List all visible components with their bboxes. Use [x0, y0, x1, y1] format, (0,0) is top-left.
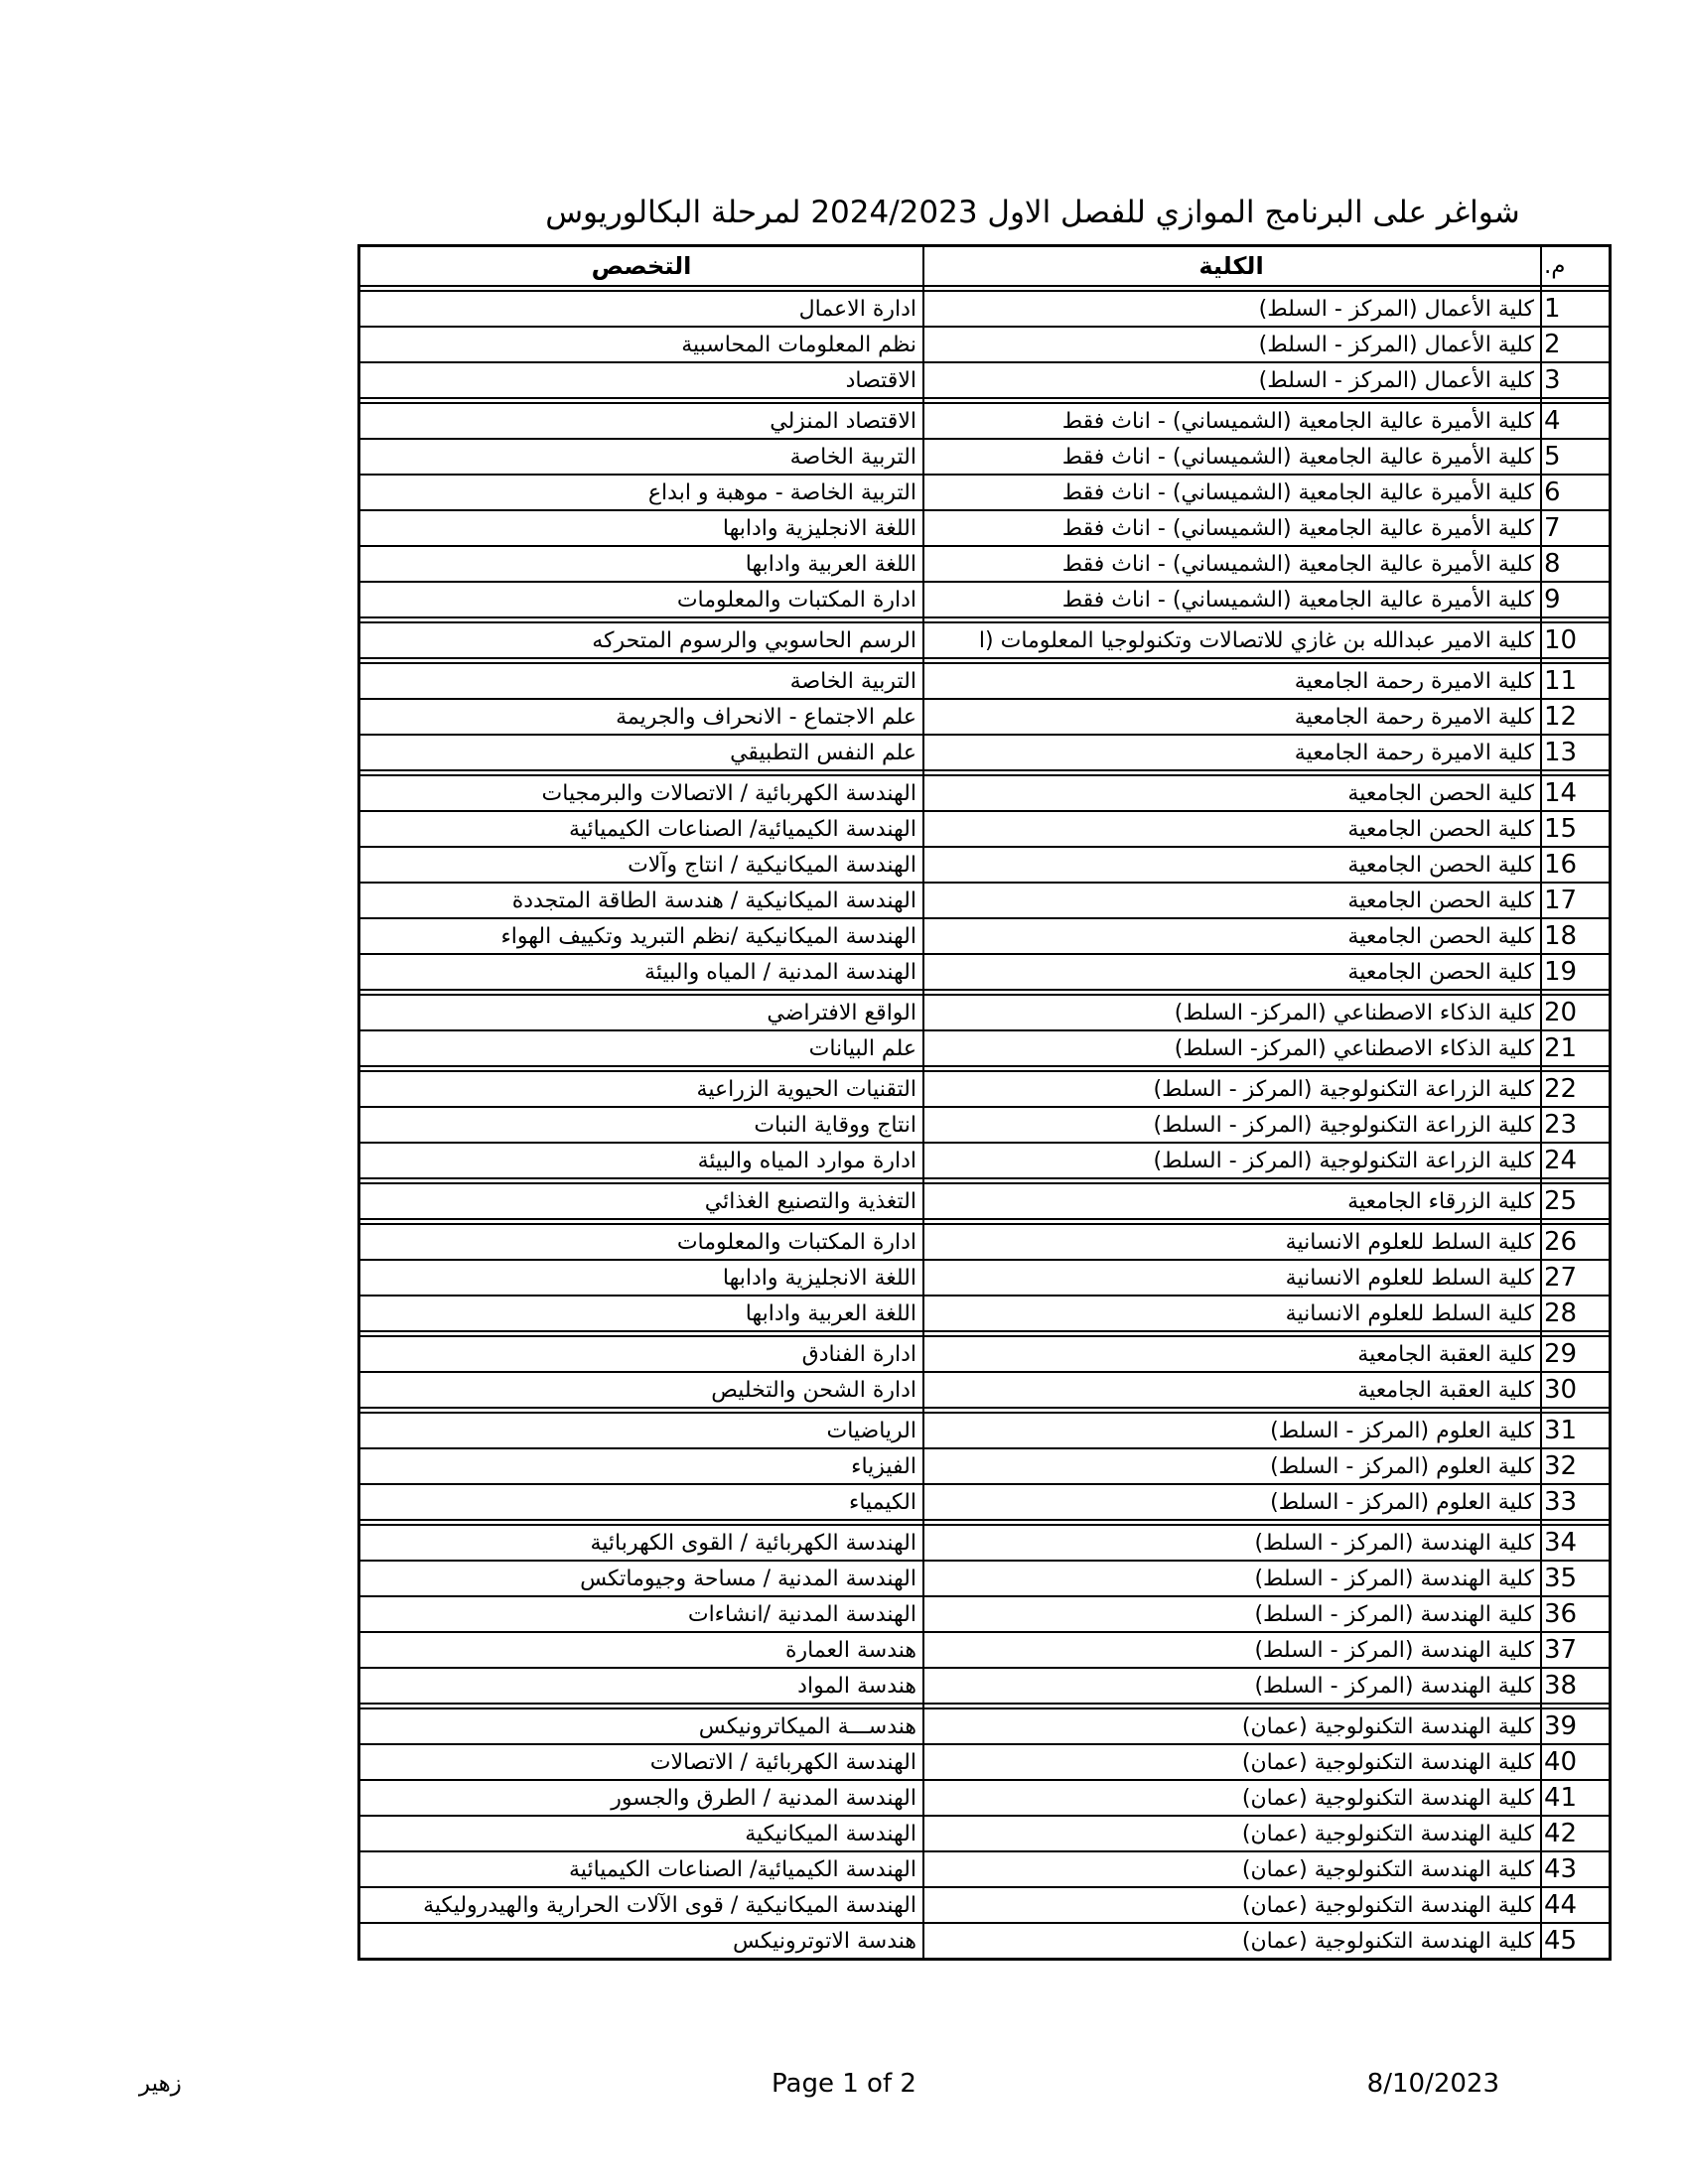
major-cell: الهندسة الكيميائية/ الصناعات الكيميائية — [360, 1852, 922, 1886]
college-cell: كلية الهندسة التكنولوجية (عمان) — [922, 1709, 1540, 1743]
table-row: 12كلية الاميرة رحمة الجامعيةعلم الاجتماع… — [360, 700, 1609, 734]
major-cell: الهندسة الميكانيكية / هندسة الطاقة المتج… — [360, 884, 922, 917]
header-college-column: الكلية — [922, 247, 1540, 285]
major-cell: علم الاجتماع - الانحراف والجريمة — [360, 700, 922, 734]
table-row: 1كلية الأعمال (المركز - السلط)ادارة الاع… — [360, 290, 1609, 326]
college-cell: كلية الهندسة (المركز - السلط) — [922, 1562, 1540, 1595]
table-row: 16كلية الحصن الجامعيةالهندسة الميكانيكية… — [360, 848, 1609, 882]
group-separator-line — [360, 657, 1609, 664]
college-cell: كلية الأميرة عالية الجامعية (الشميساني) … — [922, 547, 1540, 581]
row-index-cell: 9 — [1540, 583, 1609, 616]
row-index-cell: 42 — [1540, 1817, 1609, 1850]
major-cell: انتاج ووقاية النبات — [360, 1108, 922, 1142]
major-cell: الهندسة المدنية / الطرق والجسور — [360, 1781, 922, 1815]
document-title: شواغر على البرنامج الموازي للفصل الاول 2… — [467, 195, 1599, 230]
row-index-cell: 3 — [1540, 363, 1609, 397]
major-cell: ادارة المكتبات والمعلومات — [360, 1225, 922, 1259]
major-cell: ادارة المكتبات والمعلومات — [360, 583, 922, 616]
college-cell: كلية العلوم (المركز - السلط) — [922, 1414, 1540, 1447]
college-cell: كلية الأميرة عالية الجامعية (الشميساني) … — [922, 476, 1540, 509]
major-cell: علم البيانات — [360, 1031, 922, 1065]
group-separator-line — [360, 1330, 1609, 1337]
college-cell: كلية الهندسة (المركز - السلط) — [922, 1633, 1540, 1667]
group-separator-line — [360, 1703, 1609, 1709]
row-index-cell: 38 — [1540, 1669, 1609, 1703]
college-cell: كلية الهندسة التكنولوجية (عمان) — [922, 1924, 1540, 1958]
table-row: 9كلية الأميرة عالية الجامعية (الشميساني)… — [360, 583, 1609, 616]
row-index-cell: 14 — [1540, 776, 1609, 810]
row-index-cell: 5 — [1540, 440, 1609, 474]
college-cell: كلية الحصن الجامعية — [922, 848, 1540, 882]
row-index-cell: 30 — [1540, 1373, 1609, 1407]
row-index-cell: 20 — [1540, 996, 1609, 1029]
college-cell: كلية الهندسة (المركز - السلط) — [922, 1669, 1540, 1703]
college-cell: كلية الأميرة عالية الجامعية (الشميساني) … — [922, 404, 1540, 438]
table-row: 44كلية الهندسة التكنولوجية (عمان)الهندسة… — [360, 1888, 1609, 1922]
college-cell: كلية الأميرة عالية الجامعية (الشميساني) … — [922, 583, 1540, 616]
row-index-cell: 32 — [1540, 1449, 1609, 1483]
college-cell: كلية الأعمال (المركز - السلط) — [922, 292, 1540, 326]
row-index-cell: 45 — [1540, 1924, 1609, 1958]
college-cell: كلية العقبة الجامعية — [922, 1337, 1540, 1371]
table-row: 4كلية الأميرة عالية الجامعية (الشميساني)… — [360, 404, 1609, 438]
major-cell: الهندسة الكيميائية/ الصناعات الكيميائية — [360, 812, 922, 846]
table-row: 11كلية الاميرة رحمة الجامعيةالتربية الخا… — [360, 664, 1609, 698]
table-row: 39كلية الهندسة التكنولوجية (عمان)هندســـ… — [360, 1709, 1609, 1743]
table-row: 6كلية الأميرة عالية الجامعية (الشميساني)… — [360, 476, 1609, 509]
major-cell: الهندسة الميكانيكية / انتاج وآلات — [360, 848, 922, 882]
major-cell: ادارة الفنادق — [360, 1337, 922, 1371]
college-cell: كلية العقبة الجامعية — [922, 1373, 1540, 1407]
row-index-cell: 24 — [1540, 1144, 1609, 1177]
table-row: 19كلية الحصن الجامعيةالهندسة المدنية / ا… — [360, 955, 1609, 989]
group-separator-line — [360, 769, 1609, 776]
row-index-cell: 29 — [1540, 1337, 1609, 1371]
major-cell: هندسة الاتوترونيكس — [360, 1924, 922, 1958]
major-cell: الرسم الحاسوبي والرسوم المتحركه — [360, 623, 922, 657]
table-row: 36كلية الهندسة (المركز - السلط)الهندسة ا… — [360, 1597, 1609, 1631]
row-index-cell: 25 — [1540, 1184, 1609, 1218]
major-cell: الهندسة المدنية /انشاءات — [360, 1597, 922, 1631]
college-cell: كلية الأميرة عالية الجامعية (الشميساني) … — [922, 440, 1540, 474]
college-cell: كلية الامير عبدالله بن غازي للاتصالات وت… — [922, 623, 1540, 657]
table-row: 22كلية الزراعة التكنولوجية (المركز - الس… — [360, 1072, 1609, 1106]
row-index-cell: 13 — [1540, 736, 1609, 769]
college-cell: كلية السلط للعلوم الانسانية — [922, 1225, 1540, 1259]
college-cell: كلية الزرقاء الجامعية — [922, 1184, 1540, 1218]
row-index-cell: 2 — [1540, 328, 1609, 361]
major-cell: التقنيات الحيوية الزراعية — [360, 1072, 922, 1106]
row-index-cell: 36 — [1540, 1597, 1609, 1631]
row-index-cell: 8 — [1540, 547, 1609, 581]
table-row: 45كلية الهندسة التكنولوجية (عمان)هندسة ا… — [360, 1924, 1609, 1958]
major-cell: التغذية والتصنيع الغذائي — [360, 1184, 922, 1218]
row-index-cell: 19 — [1540, 955, 1609, 989]
major-cell: الهندسة الكهربائية / الاتصالات والبرمجيا… — [360, 776, 922, 810]
college-cell: كلية الزراعة التكنولوجية (المركز - السلط… — [922, 1144, 1540, 1177]
college-cell: كلية الأعمال (المركز - السلط) — [922, 328, 1540, 361]
college-cell: كلية الأعمال (المركز - السلط) — [922, 363, 1540, 397]
document-page: { "title": "شواغر على البرنامج الموازي ل… — [0, 0, 1688, 2184]
college-cell: كلية الاميرة رحمة الجامعية — [922, 736, 1540, 769]
group-separator-line — [360, 1065, 1609, 1072]
major-cell: الهندسة الميكانيكية / قوى الآلات الحراري… — [360, 1888, 922, 1922]
college-cell: كلية السلط للعلوم الانسانية — [922, 1297, 1540, 1330]
row-index-cell: 22 — [1540, 1072, 1609, 1106]
table-row: 42كلية الهندسة التكنولوجية (عمان)الهندسة… — [360, 1817, 1609, 1850]
college-cell: كلية الذكاء الاصطناعي (المركز- السلط) — [922, 996, 1540, 1029]
row-index-cell: 4 — [1540, 404, 1609, 438]
table-row: 10كلية الامير عبدالله بن غازي للاتصالات … — [360, 623, 1609, 657]
major-cell: الهندسة الميكانيكية — [360, 1817, 922, 1850]
table-row: 25كلية الزرقاء الجامعيةالتغذية والتصنيع … — [360, 1184, 1609, 1218]
table-row: 32كلية العلوم (المركز - السلط)الفيزياء — [360, 1449, 1609, 1483]
major-cell: الهندسة الكهربائية / القوى الكهربائية — [360, 1526, 922, 1560]
row-index-cell: 7 — [1540, 511, 1609, 545]
row-index-cell: 40 — [1540, 1745, 1609, 1779]
major-cell: اللغة الانجليزية وادابها — [360, 511, 922, 545]
table-row: 29كلية العقبة الجامعيةادارة الفنادق — [360, 1337, 1609, 1371]
row-index-cell: 23 — [1540, 1108, 1609, 1142]
table-row: 17كلية الحصن الجامعيةالهندسة الميكانيكية… — [360, 884, 1609, 917]
row-index-cell: 6 — [1540, 476, 1609, 509]
table-row: 3كلية الأعمال (المركز - السلط)الاقتصاد — [360, 363, 1609, 397]
vacancies-table: م. الكلية التخصص 1كلية الأعمال (المركز -… — [357, 244, 1612, 1961]
college-cell: كلية الاميرة رحمة الجامعية — [922, 700, 1540, 734]
table-row: 43كلية الهندسة التكنولوجية (عمان)الهندسة… — [360, 1852, 1609, 1886]
major-cell: الاقتصاد المنزلي — [360, 404, 922, 438]
major-cell: التربية الخاصة - موهبة و ابداع — [360, 476, 922, 509]
major-cell: هندسة العمارة — [360, 1633, 922, 1667]
column-divider-college — [922, 247, 924, 1958]
header-major-column: التخصص — [360, 247, 922, 285]
college-cell: كلية الحصن الجامعية — [922, 919, 1540, 953]
table-row: 27كلية السلط للعلوم الانسانيةاللغة الانج… — [360, 1261, 1609, 1295]
row-index-cell: 37 — [1540, 1633, 1609, 1667]
table-row: 8كلية الأميرة عالية الجامعية (الشميساني)… — [360, 547, 1609, 581]
row-index-cell: 21 — [1540, 1031, 1609, 1065]
table-row: 5كلية الأميرة عالية الجامعية (الشميساني)… — [360, 440, 1609, 474]
college-cell: كلية الأميرة عالية الجامعية (الشميساني) … — [922, 511, 1540, 545]
major-cell: علم النفس التطبيقي — [360, 736, 922, 769]
college-cell: كلية الذكاء الاصطناعي (المركز- السلط) — [922, 1031, 1540, 1065]
college-cell: كلية السلط للعلوم الانسانية — [922, 1261, 1540, 1295]
table-body: 1كلية الأعمال (المركز - السلط)ادارة الاع… — [360, 290, 1609, 1958]
row-index-cell: 11 — [1540, 664, 1609, 698]
college-cell: كلية الزراعة التكنولوجية (المركز - السلط… — [922, 1072, 1540, 1106]
major-cell: هندسة المواد — [360, 1669, 922, 1703]
table-row: 41كلية الهندسة التكنولوجية (عمان)الهندسة… — [360, 1781, 1609, 1815]
row-index-cell: 28 — [1540, 1297, 1609, 1330]
group-separator-line — [360, 616, 1609, 623]
major-cell: الهندسة الكهربائية / الاتصالات — [360, 1745, 922, 1779]
table-row: 13كلية الاميرة رحمة الجامعيةعلم النفس ال… — [360, 736, 1609, 769]
major-cell: ادارة الشحن والتخليص — [360, 1373, 922, 1407]
table-row: 33كلية العلوم (المركز - السلط)الكيمياء — [360, 1485, 1609, 1519]
table-row: 20كلية الذكاء الاصطناعي (المركز- السلط)ا… — [360, 996, 1609, 1029]
college-cell: كلية الحصن الجامعية — [922, 812, 1540, 846]
row-index-cell: 26 — [1540, 1225, 1609, 1259]
row-index-cell: 31 — [1540, 1414, 1609, 1447]
group-separator-line — [360, 1407, 1609, 1414]
major-cell: الهندسة الميكانيكية /نظم التبريد وتكييف … — [360, 919, 922, 953]
major-cell: نظم المعلومات المحاسبية — [360, 328, 922, 361]
table-header-row: م. الكلية التخصص — [360, 247, 1609, 287]
group-separator-line — [360, 1218, 1609, 1225]
college-cell: كلية العلوم (المركز - السلط) — [922, 1485, 1540, 1519]
footer-date: 8/10/2023 — [1367, 2069, 1499, 2099]
major-cell: الهندسة المدنية / مساحة وجيوماتكس — [360, 1562, 922, 1595]
major-cell: التربية الخاصة — [360, 440, 922, 474]
college-cell: كلية الاميرة رحمة الجامعية — [922, 664, 1540, 698]
row-index-cell: 18 — [1540, 919, 1609, 953]
major-cell: الهندسة المدنية / المياه والبيئة — [360, 955, 922, 989]
major-cell: التربية الخاصة — [360, 664, 922, 698]
row-index-cell: 35 — [1540, 1562, 1609, 1595]
table-row: 21كلية الذكاء الاصطناعي (المركز- السلط)ع… — [360, 1031, 1609, 1065]
table-row: 23كلية الزراعة التكنولوجية (المركز - الس… — [360, 1108, 1609, 1142]
group-separator-line — [360, 397, 1609, 404]
college-cell: كلية الهندسة التكنولوجية (عمان) — [922, 1781, 1540, 1815]
row-index-cell: 12 — [1540, 700, 1609, 734]
header-index-column: م. — [1540, 247, 1609, 285]
college-cell: كلية الهندسة (المركز - السلط) — [922, 1526, 1540, 1560]
row-index-cell: 34 — [1540, 1526, 1609, 1560]
college-cell: كلية الحصن الجامعية — [922, 955, 1540, 989]
table-row: 18كلية الحصن الجامعيةالهندسة الميكانيكية… — [360, 919, 1609, 953]
row-index-cell: 15 — [1540, 812, 1609, 846]
table-row: 24كلية الزراعة التكنولوجية (المركز - الس… — [360, 1144, 1609, 1177]
table-row: 15كلية الحصن الجامعيةالهندسة الكيميائية/… — [360, 812, 1609, 846]
table-row: 14كلية الحصن الجامعيةالهندسة الكهربائية … — [360, 776, 1609, 810]
major-cell: الكيمياء — [360, 1485, 922, 1519]
table-row: 30كلية العقبة الجامعيةادارة الشحن والتخل… — [360, 1373, 1609, 1407]
table-row: 35كلية الهندسة (المركز - السلط)الهندسة ا… — [360, 1562, 1609, 1595]
major-cell: اللغة العربية وادابها — [360, 547, 922, 581]
major-cell: ادارة موارد المياه والبيئة — [360, 1144, 922, 1177]
college-cell: كلية الهندسة التكنولوجية (عمان) — [922, 1745, 1540, 1779]
table-row: 2كلية الأعمال (المركز - السلط)نظم المعلو… — [360, 328, 1609, 361]
row-index-cell: 33 — [1540, 1485, 1609, 1519]
row-index-cell: 16 — [1540, 848, 1609, 882]
major-cell: اللغة الانجليزية وادابها — [360, 1261, 922, 1295]
column-divider-index — [1540, 247, 1542, 1958]
major-cell: الواقع الافتراضي — [360, 996, 922, 1029]
college-cell: كلية الزراعة التكنولوجية (المركز - السلط… — [922, 1108, 1540, 1142]
table-row: 34كلية الهندسة (المركز - السلط)الهندسة ا… — [360, 1526, 1609, 1560]
row-index-cell: 27 — [1540, 1261, 1609, 1295]
table-row: 40كلية الهندسة التكنولوجية (عمان)الهندسة… — [360, 1745, 1609, 1779]
group-separator-line — [360, 1519, 1609, 1526]
major-cell: الفيزياء — [360, 1449, 922, 1483]
row-index-cell: 1 — [1540, 292, 1609, 326]
major-cell: هندســـة الميكاترونيكس — [360, 1709, 922, 1743]
major-cell: الرياضيات — [360, 1414, 922, 1447]
group-separator-line — [360, 1177, 1609, 1184]
table-row: 26كلية السلط للعلوم الانسانيةادارة المكت… — [360, 1225, 1609, 1259]
college-cell: كلية الهندسة التكنولوجية (عمان) — [922, 1888, 1540, 1922]
table-row: 38كلية الهندسة (المركز - السلط)هندسة الم… — [360, 1669, 1609, 1703]
group-separator-line — [360, 989, 1609, 996]
college-cell: كلية الحصن الجامعية — [922, 776, 1540, 810]
row-index-cell: 39 — [1540, 1709, 1609, 1743]
table-row: 28كلية السلط للعلوم الانسانيةاللغة العرب… — [360, 1297, 1609, 1330]
table-row: 37كلية الهندسة (المركز - السلط)هندسة الع… — [360, 1633, 1609, 1667]
major-cell: ادارة الاعمال — [360, 292, 922, 326]
row-index-cell: 10 — [1540, 623, 1609, 657]
college-cell: كلية العلوم (المركز - السلط) — [922, 1449, 1540, 1483]
table-row: 31كلية العلوم (المركز - السلط)الرياضيات — [360, 1414, 1609, 1447]
college-cell: كلية الهندسة التكنولوجية (عمان) — [922, 1817, 1540, 1850]
row-index-cell: 17 — [1540, 884, 1609, 917]
major-cell: اللغة العربية وادابها — [360, 1297, 922, 1330]
row-index-cell: 41 — [1540, 1781, 1609, 1815]
row-index-cell: 44 — [1540, 1888, 1609, 1922]
college-cell: كلية الحصن الجامعية — [922, 884, 1540, 917]
major-cell: الاقتصاد — [360, 363, 922, 397]
row-index-cell: 43 — [1540, 1852, 1609, 1886]
college-cell: كلية الهندسة التكنولوجية (عمان) — [922, 1852, 1540, 1886]
college-cell: كلية الهندسة (المركز - السلط) — [922, 1597, 1540, 1631]
table-row: 7كلية الأميرة عالية الجامعية (الشميساني)… — [360, 511, 1609, 545]
